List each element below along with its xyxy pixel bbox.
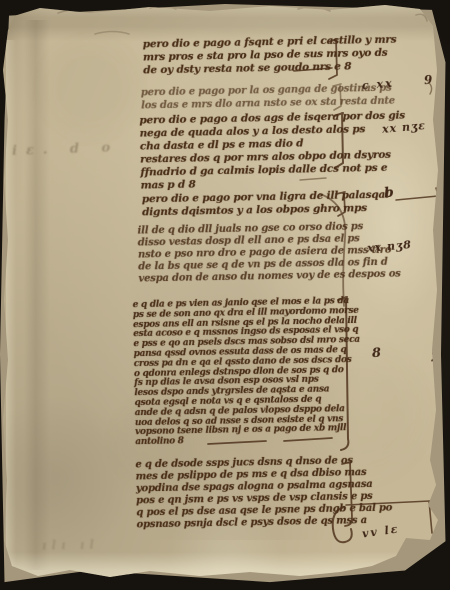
manuscript-scan: pero dio e pago a fsqnt e pri el castill…: [0, 0, 450, 590]
ink-flourish-strokes: [0, 0, 450, 590]
manuscript-page: pero dio e pago a fsqnt e pri el castill…: [0, 0, 450, 590]
